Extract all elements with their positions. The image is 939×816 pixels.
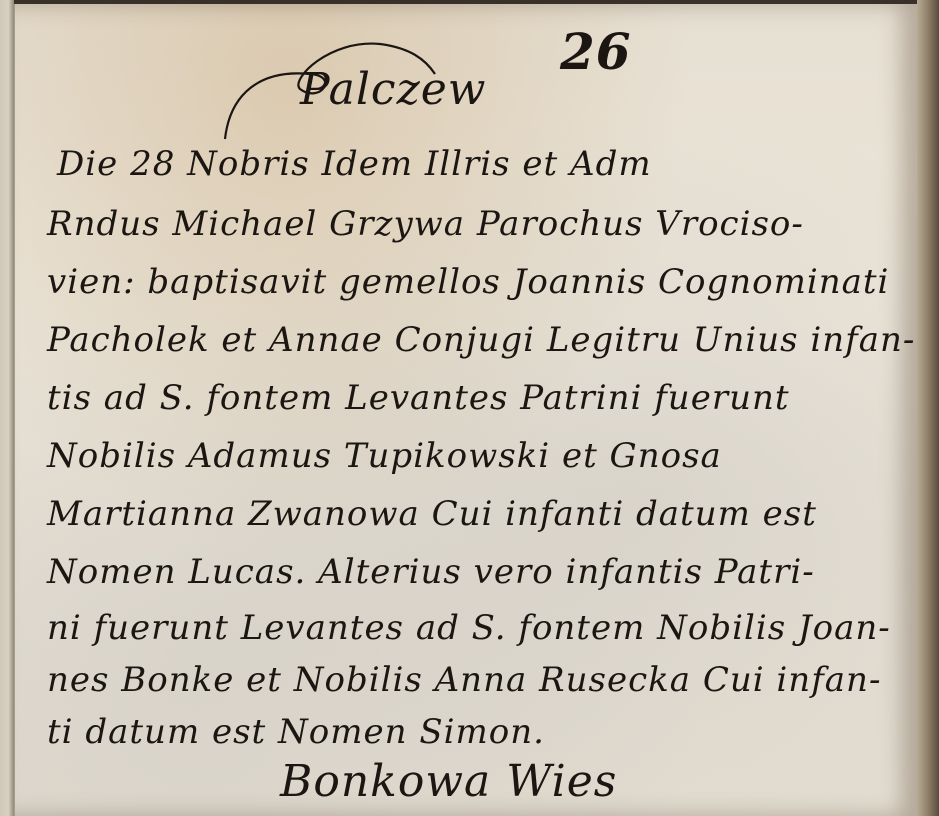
text-line: tis ad S. fontem Levantes Patrini fuerun…: [47, 378, 790, 418]
facing-page-edge: [0, 0, 14, 816]
text-line: ni fuerunt Levantes ad S. fontem Nobilis…: [47, 608, 891, 648]
entry-heading-place: Palczew: [300, 64, 486, 115]
book-spine-edge: [917, 0, 939, 816]
text-line: Nobilis Adamus Tupikowski et Gnosa: [47, 436, 722, 476]
text-line: Pacholek et Annae Conjugi Legitru Unius …: [47, 320, 915, 360]
text-line: vien: baptisavit gemellos Joannis Cognom…: [47, 262, 889, 302]
text-line: Rndus Michael Grzywa Parochus Vrociso-: [47, 204, 804, 244]
text-line: ti datum est Nomen Simon.: [47, 712, 545, 752]
page-number: 26: [560, 22, 632, 81]
next-entry-heading: Bonkowa Wies: [280, 756, 617, 807]
manuscript-page: 26 Palczew Die 28 Nobris Idem Illris et …: [14, 4, 920, 816]
text-line: Martianna Zwanowa Cui infanti datum est: [47, 494, 817, 534]
text-line: Die 28 Nobris Idem Illris et Adm: [57, 144, 652, 184]
text-line: nes Bonke et Nobilis Anna Rusecka Cui in…: [47, 660, 881, 700]
text-line: Nomen Lucas. Alterius vero infantis Patr…: [47, 552, 815, 592]
